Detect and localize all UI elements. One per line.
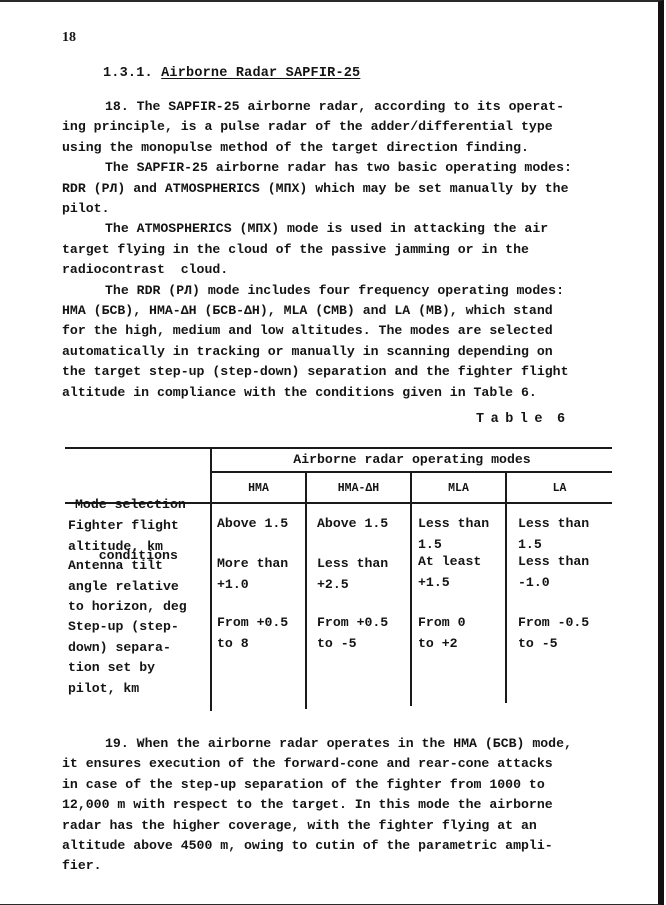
section-title: Airborne Radar SAPFIR-25	[161, 66, 360, 81]
table-caption: Table6	[476, 412, 565, 427]
section-number: 1.3.1.	[103, 66, 153, 81]
text-line: 12,000 m with respect to the target. In …	[62, 795, 607, 815]
text-line: 19. When the airborne radar operates in …	[62, 734, 607, 754]
text-line: HMA (БСВ), HMA-ΔH (БСВ-ΔH), MLA (СМВ) an…	[62, 301, 607, 321]
text-line: ing principle, is a pulse radar of the a…	[62, 117, 607, 137]
text-line: The RDR (РЛ) mode includes four frequenc…	[62, 281, 607, 301]
text-line: it ensures execution of the forward-cone…	[62, 754, 607, 774]
text-line: target flying in the cloud of the passiv…	[62, 240, 607, 260]
text-line: the target step-up (step-down) separatio…	[62, 362, 607, 382]
text-line: The SAPFIR-25 airborne radar has two bas…	[62, 158, 607, 178]
text-line: radar has the higher coverage, with the …	[62, 816, 607, 836]
text-line: pilot.	[62, 199, 607, 219]
table-caption-label: Table	[476, 412, 549, 427]
text-line: radiocontrast cloud.	[62, 260, 607, 280]
text-line: fier.	[62, 856, 607, 876]
text-line: automatically in tracking or manually in…	[62, 342, 607, 362]
text-line: using the monopulse method of the target…	[62, 138, 607, 158]
table-caption-number: 6	[557, 412, 565, 427]
text-line: altitude above 4500 m, owing to cutin of…	[62, 836, 607, 856]
text-line: RDR (РЛ) and ATMOSPHERICS (МПХ) which ma…	[62, 179, 607, 199]
page-number: 18	[62, 30, 76, 46]
paragraphs-bottom: 19. When the airborne radar operates in …	[62, 734, 607, 877]
paragraphs-top: 18. The SAPFIR-25 airborne radar, accord…	[62, 97, 607, 403]
section-heading: 1.3.1. Airborne Radar SAPFIR-25	[103, 66, 360, 81]
text-line: altitude in compliance with the conditio…	[62, 383, 607, 403]
text-line: 18. The SAPFIR-25 airborne radar, accord…	[62, 97, 607, 117]
text-line: The ATMOSPHERICS (МПХ) mode is used in a…	[62, 219, 607, 239]
text-line: in case of the step-up separation of the…	[62, 775, 607, 795]
text-line: for the high, medium and low altitudes. …	[62, 321, 607, 341]
